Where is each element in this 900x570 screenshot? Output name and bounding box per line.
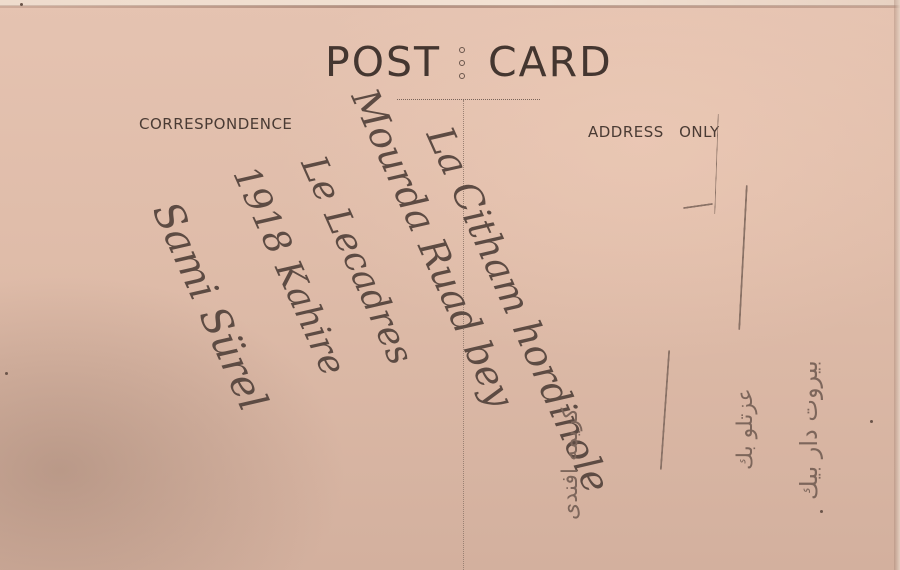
card-top-edge-shadow xyxy=(0,5,900,8)
pencil-stroke xyxy=(683,203,713,209)
arabic-line-1: ﺑﻴﺮﻭﺕ ﺩﺍﺭ ﺑﻴﻚ xyxy=(795,360,823,500)
correspondence-label: CORRESPONDENCE xyxy=(139,115,292,133)
postcard-back: POST CARD CORRESPONDENCE ADDRESS ONLY La… xyxy=(0,0,900,570)
card-right-edge xyxy=(894,0,900,570)
pencil-stroke xyxy=(660,350,670,470)
arabic-line-3: ﻛﺮﻳﻤﻪ ﺍﻓﻨﺪﻯ xyxy=(558,408,583,520)
arabic-line-2: ﻋﺰﺗﻠﻮ ﺑﻚ xyxy=(733,388,758,470)
paper-speck xyxy=(820,510,823,513)
title-card: CARD xyxy=(488,38,613,86)
title-post: POST xyxy=(325,38,441,86)
divider-dots-icon xyxy=(458,47,466,83)
address-only-label: ADDRESS ONLY xyxy=(588,123,720,141)
pencil-stroke xyxy=(738,185,748,330)
paper-speck xyxy=(870,420,873,423)
paper-speck xyxy=(20,3,23,6)
horizontal-dotted-divider xyxy=(397,99,540,100)
paper-speck xyxy=(5,372,8,375)
